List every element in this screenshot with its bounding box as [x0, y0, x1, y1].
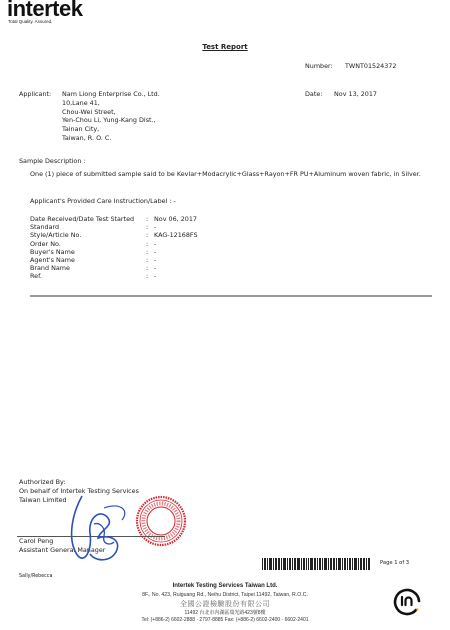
date-label: Date: [305, 90, 322, 99]
sample-description-label: Sample Description : [19, 157, 86, 166]
care-instruction: Applicant's Provided Care Instruction/La… [30, 197, 176, 206]
field-key: Date Received/Date Test Started [30, 215, 146, 223]
applicant-line: Tainan City, [62, 125, 160, 134]
report-number: TWNT01524372 [345, 62, 396, 71]
field-value: - [154, 248, 156, 256]
prepared-by-initials: Sally/Rebecca [19, 574, 52, 579]
field-row: Ref.:- [30, 272, 198, 280]
applicant-line: Yen-Chou Li, Yung-Kang Dist., [62, 116, 160, 125]
report-date: Nov 13, 2017 [334, 90, 377, 99]
field-key: Standard [30, 223, 146, 231]
field-row: Order No.:- [30, 240, 198, 248]
field-colon: : [146, 231, 154, 239]
field-colon: : [146, 223, 154, 231]
field-value: - [154, 264, 156, 272]
field-value: - [154, 272, 156, 280]
footer-contact: Tel: (+886-2) 6602-2888 · 2797-8885 Fax:… [0, 617, 450, 623]
sample-description: One (1) piece of submitted sample said t… [30, 170, 430, 179]
applicant-line: Taiwan, R. O. C. [62, 134, 160, 143]
sample-fields: Date Received/Date Test Started:Nov 06, … [30, 215, 198, 281]
applicant-line: Nam Liong Enterprise Co., Ltd. [62, 90, 160, 99]
signature-icon [60, 488, 140, 568]
field-key: Ref. [30, 272, 146, 280]
applicant-label: Applicant: [19, 90, 51, 99]
field-value: Nov 06, 2017 [154, 215, 197, 223]
field-colon: : [146, 264, 154, 272]
applicant-line: 10,Lane 41, [62, 99, 160, 108]
field-row: Standard:- [30, 223, 198, 231]
intertek-round-logo-icon [392, 586, 422, 616]
field-key: Style/Article No. [30, 231, 146, 239]
field-key: Order No. [30, 240, 146, 248]
field-value: - [154, 256, 156, 264]
field-row: Date Received/Date Test Started:Nov 06, … [30, 215, 198, 223]
applicant-address: Nam Liong Enterprise Co., Ltd. 10,Lane 4… [62, 90, 160, 143]
page-number: Page 1 of 3 [380, 560, 409, 566]
field-row: Buyer's Name:- [30, 248, 198, 256]
field-colon: : [146, 240, 154, 248]
company-seal-icon [135, 495, 187, 547]
field-key: Buyer's Name [30, 248, 146, 256]
authorized-by-label: Authorized By: [19, 478, 139, 487]
field-colon: : [146, 215, 154, 223]
applicant-line: Chou-Wei Street, [62, 108, 160, 117]
field-value: - [154, 240, 156, 248]
field-row: Agent's Name:- [30, 256, 198, 264]
logo-tagline: Total Quality. Assured. [8, 19, 52, 24]
field-colon: : [146, 272, 154, 280]
footer-company-zh: 全國公證檢驗股份有限公司 [0, 599, 450, 609]
field-key: Agent's Name [30, 256, 146, 264]
field-row: Brand Name:- [30, 264, 198, 272]
field-value: - [154, 223, 156, 231]
field-row: Style/Article No.:KAG-12168FS [30, 231, 198, 239]
field-colon: : [146, 256, 154, 264]
footer-address: 8F., No. 423, Ruiguang Rd., Neihu Distri… [0, 592, 450, 598]
field-key: Brand Name [30, 264, 146, 272]
footer-company: Intertek Testing Services Taiwan Ltd. [0, 583, 450, 589]
footer-address-zh: 11492 台北市內湖區瑞光路423號8樓 [0, 609, 450, 616]
field-value: KAG-12168FS [154, 231, 198, 239]
barcode [262, 558, 386, 570]
page-title: Test Report [0, 43, 450, 51]
field-colon: : [146, 248, 154, 256]
section-divider [30, 295, 432, 297]
report-number-label: Number: [305, 62, 333, 71]
